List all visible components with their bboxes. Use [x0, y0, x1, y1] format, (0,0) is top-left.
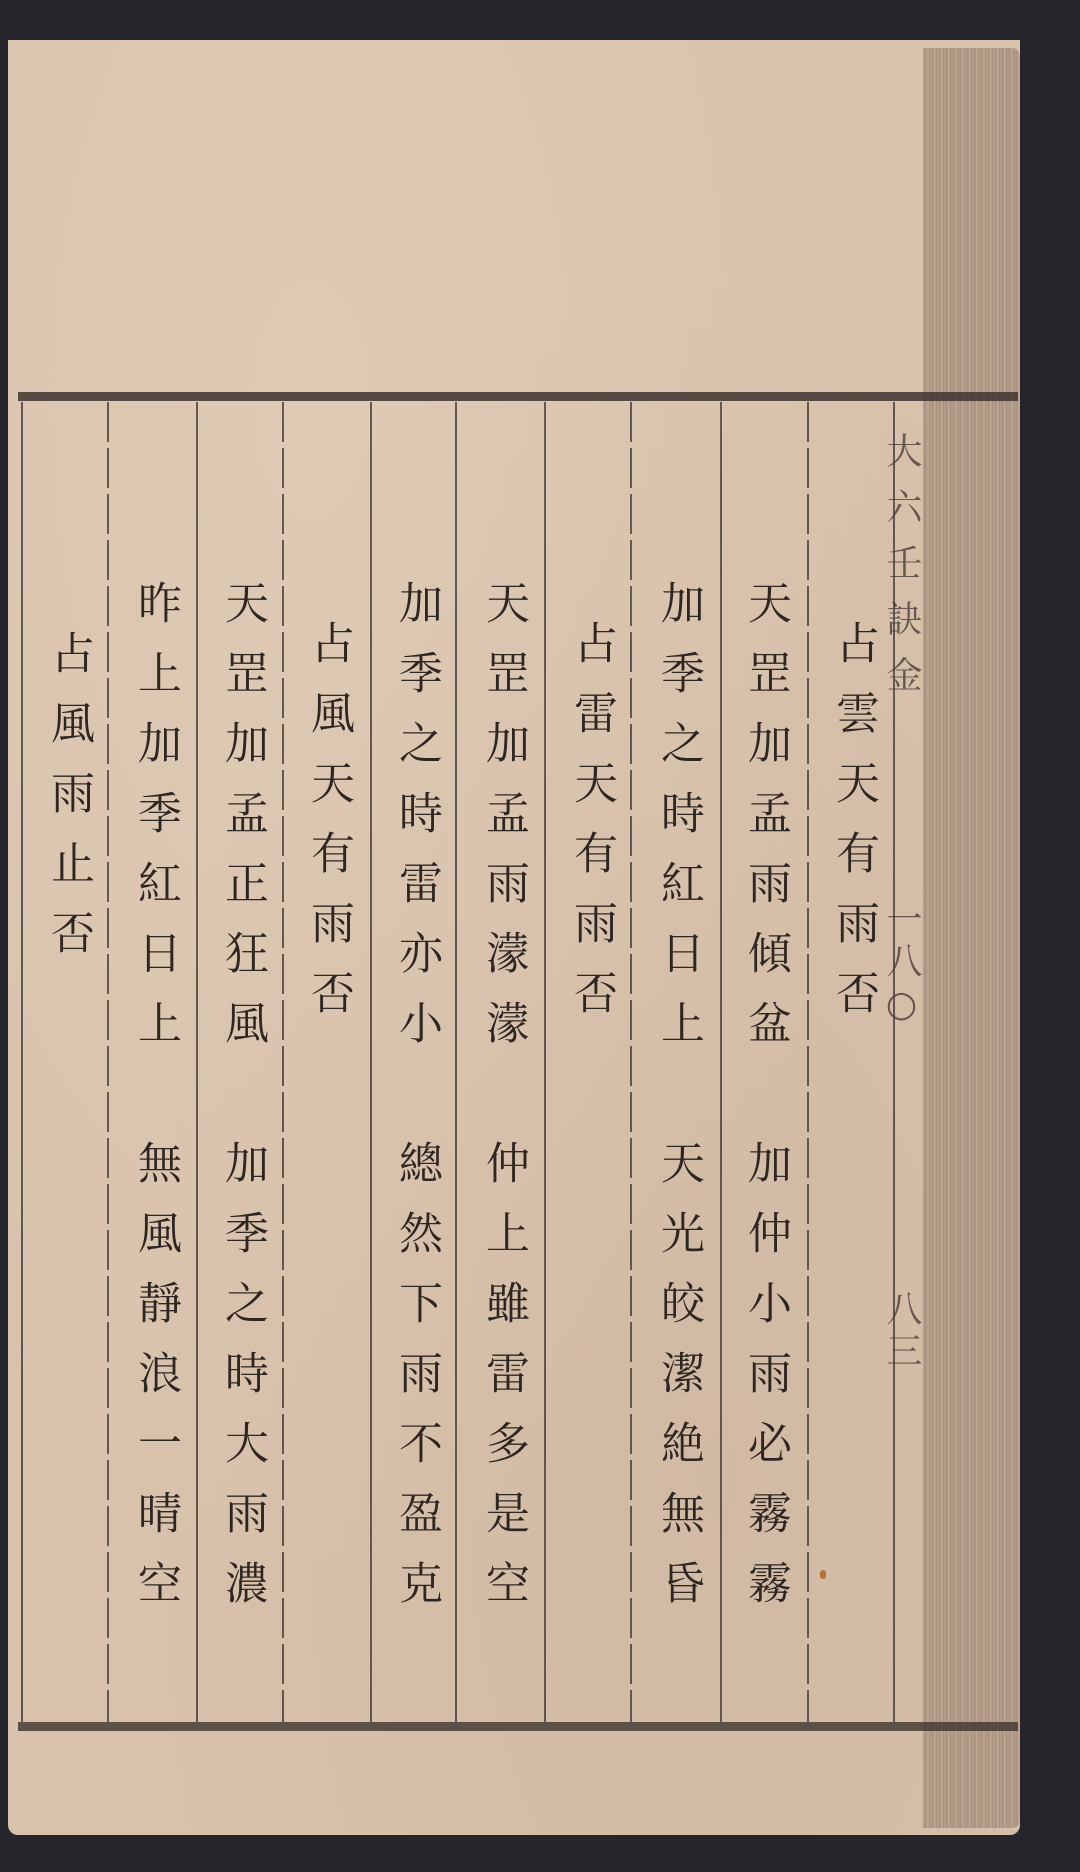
margin-title: 大六壬訣金 [876, 432, 926, 712]
column-rule [720, 402, 722, 1722]
column-text-lower: 總然下雨不盈克 [381, 1140, 451, 1630]
text-column-5-lower: 仲上雖雷多是空 [473, 1140, 533, 1630]
text-column-2: 天罡加孟雨傾盆 [735, 580, 795, 1070]
column-rule [196, 402, 198, 1722]
column-rule [455, 402, 457, 1722]
column-text-upper: 天罡加孟正狂風 [207, 580, 277, 1070]
book-page: 占雲天有雨否 天罡加孟雨傾盆 加仲小雨必霧霧 加季之時紅日上 天光皎潔絶無昏 占… [8, 40, 1020, 1835]
column-rule [370, 402, 372, 1722]
text-column-8-lower: 加季之時大雨濃 [212, 1140, 272, 1630]
margin-lower-mark-text: 八三 [876, 1290, 926, 1374]
text-column-6-lower: 總然下雨不盈克 [386, 1140, 446, 1630]
margin-page-mark-text: 一八○ [871, 900, 931, 1031]
column-text-upper: 天罡加孟雨傾盆 [730, 580, 800, 1070]
column-rule [630, 402, 632, 1722]
column-text-upper: 加季之時紅日上 [643, 580, 713, 1070]
top-frame-border [18, 392, 1018, 401]
column-rule [544, 402, 546, 1722]
text-column-2-lower: 加仲小雨必霧霧 [735, 1140, 795, 1630]
text-column-3: 加季之時紅日上 [648, 580, 708, 1070]
column-text-upper: 加季之時雷亦小 [381, 580, 451, 1070]
column-text-upper: 占雷天有雨否 [556, 620, 626, 1040]
column-text-lower: 天光皎潔絶無昏 [643, 1140, 713, 1630]
text-column-6: 加季之時雷亦小 [386, 580, 446, 1070]
ink-spot [820, 1570, 826, 1579]
margin-page-mark: 一八○ [876, 900, 926, 1031]
page-edge-leaves [923, 48, 1020, 1828]
text-column-10: 占風雨止否 [38, 630, 98, 980]
text-column-5: 天罡加孟雨濛濛 [473, 580, 533, 1070]
column-text-upper: 占風雨止否 [33, 630, 103, 980]
text-column-9: 昨上加季紅日上 [125, 580, 185, 1070]
bottom-frame-border [18, 1722, 1018, 1731]
column-rule [282, 402, 284, 1722]
text-column-3-lower: 天光皎潔絶無昏 [648, 1140, 708, 1630]
column-text-lower: 加季之時大雨濃 [207, 1140, 277, 1630]
margin-title-text: 大六壬訣金 [871, 432, 931, 712]
column-text-upper: 昨上加季紅日上 [120, 580, 190, 1070]
column-text-lower: 仲上雖雷多是空 [468, 1140, 538, 1630]
text-column-9-lower: 無風靜浪一晴空 [125, 1140, 185, 1630]
column-text-upper: 占風天有雨否 [293, 620, 363, 1040]
text-column-7: 占風天有雨否 [298, 620, 358, 1040]
column-text-upper: 天罡加孟雨濛濛 [468, 580, 538, 1070]
margin-lower-mark: 八三 [876, 1290, 926, 1374]
text-column-4: 占雷天有雨否 [561, 620, 621, 1040]
column-text-lower: 無風靜浪一晴空 [120, 1140, 190, 1630]
column-rule [107, 402, 109, 1722]
column-text-lower: 加仲小雨必霧霧 [730, 1140, 800, 1630]
column-rule [807, 402, 809, 1722]
column-rule [21, 402, 23, 1722]
text-column-8: 天罡加孟正狂風 [212, 580, 272, 1070]
